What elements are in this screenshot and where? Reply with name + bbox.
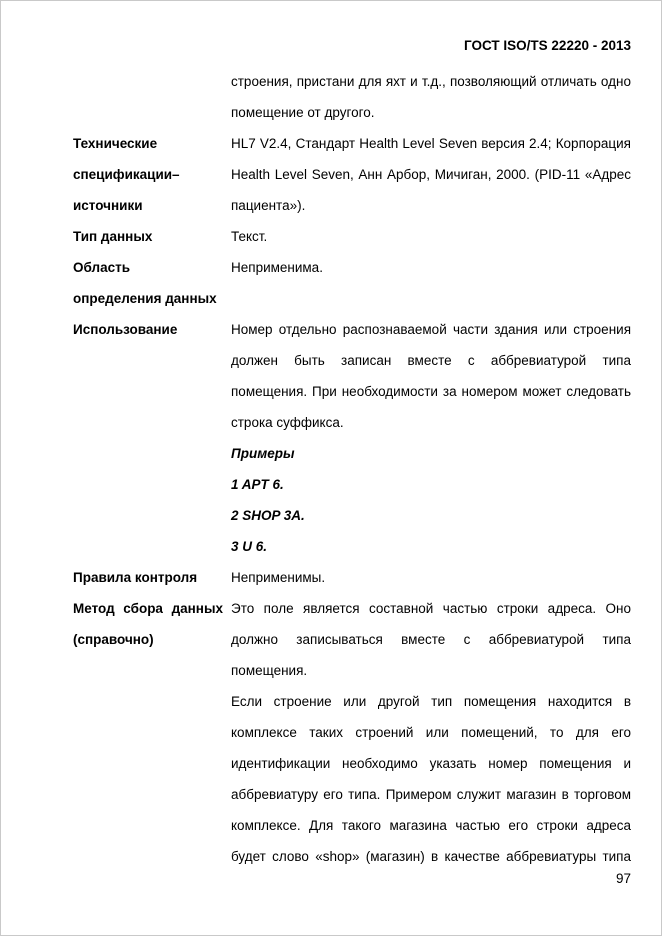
field-row: строения, пристани для яхт и т.д., позво… [73,66,631,128]
text-line: Текст. [231,221,631,252]
document-body: строения, пристани для яхт и т.д., позво… [73,66,631,872]
examples-heading: Примеры [231,438,631,469]
label-line: Технические [73,128,223,159]
text-line: помещение от другого. [231,97,631,128]
label-line: Область [73,252,223,283]
label-line: Использование [73,314,223,345]
field-row: Метод сбора данных (справочно) Это поле … [73,593,631,872]
document-page: ГОСТ ISO/TS 22220 - 2013 строения, прист… [0,0,662,936]
field-label: Тип данных [73,221,223,252]
label-line: Тип данных [73,221,223,252]
field-value: Неприменима. [231,252,631,314]
label-line: определения данных [73,283,223,314]
paragraph: строения, пристани для яхт и т.д., позво… [231,66,631,128]
field-value: Неприменимы. [231,562,631,593]
text-line: Примеры [231,438,631,469]
text-line: Неприменима. [231,252,631,283]
field-label: Технические спецификации– источники [73,128,223,221]
text-line: должен быть записан вместе с аббревиатур… [231,345,631,376]
field-value: Текст. [231,221,631,252]
field-row: Технические спецификации– источники HL7 … [73,128,631,221]
text-line: Номер отдельно распознаваемой части здан… [231,314,631,345]
field-label: Правила контроля [73,562,223,593]
text-line: будет слово «shop» (магазин) в качестве … [231,841,631,872]
text-line: аббревиатуру его типа. Примером служит м… [231,779,631,810]
field-row: Тип данных Текст. [73,221,631,252]
text-line: идентификации необходимо указать номер п… [231,748,631,779]
text-line: HL7 V2.4, Стандарт Health Level Seven ве… [231,128,631,159]
field-label: Метод сбора данных (справочно) [73,593,223,872]
text-line: пациента»). [231,190,631,221]
text-line: Если строение или другой тип помещения н… [231,686,631,717]
field-row: Правила контроля Неприменимы. [73,562,631,593]
field-value: строения, пристани для яхт и т.д., позво… [231,66,631,128]
field-value: Это поле является составной частью строк… [231,593,631,872]
text-line: комплексе таких строений или помещений, … [231,717,631,748]
text-line: помещения. При необходимости за номером … [231,376,631,407]
field-row: Область определения данных Неприменима. [73,252,631,314]
text-line: 1 APT 6. [231,469,631,500]
paragraph: Неприменимы. [231,562,631,593]
paragraph: Это поле является составной частью строк… [231,593,631,686]
field-value: HL7 V2.4, Стандарт Health Level Seven ве… [231,128,631,221]
field-row: Использование Номер отдельно распознавае… [73,314,631,562]
field-label: Использование [73,314,223,562]
text-line: Неприменимы. [231,562,631,593]
text-line: комплексе. Для такого магазина частью ег… [231,810,631,841]
label-line: (справочно) [73,624,223,655]
field-value: Номер отдельно распознаваемой части здан… [231,314,631,562]
example-item: 2 SHOP 3A. [231,500,631,531]
paragraph: Если строение или другой тип помещения н… [231,686,631,872]
text-line: помещения. [231,655,631,686]
label-line: Метод сбора данных [73,593,223,624]
label-line: спецификации– [73,159,223,190]
label-line: Правила контроля [73,562,223,593]
paragraph: HL7 V2.4, Стандарт Health Level Seven ве… [231,128,631,221]
text-line: строения, пристани для яхт и т.д., позво… [231,66,631,97]
label-line: источники [73,190,223,221]
text-line: строка суффикса. [231,407,631,438]
text-line: 3 U 6. [231,531,631,562]
paragraph: Номер отдельно распознаваемой части здан… [231,314,631,438]
page-number: 97 [616,863,631,894]
example-item: 3 U 6. [231,531,631,562]
paragraph: Неприменима. [231,252,631,283]
text-line: 2 SHOP 3A. [231,500,631,531]
text-line: Это поле является составной частью строк… [231,593,631,624]
text-line: должно записываться вместе с аббревиатур… [231,624,631,655]
text-line: Health Level Seven, Анн Арбор, Мичиган, … [231,159,631,190]
field-label [73,66,223,128]
field-label: Область определения данных [73,252,223,314]
document-header: ГОСТ ISO/TS 22220 - 2013 [464,30,631,61]
example-item: 1 APT 6. [231,469,631,500]
paragraph: Текст. [231,221,631,252]
